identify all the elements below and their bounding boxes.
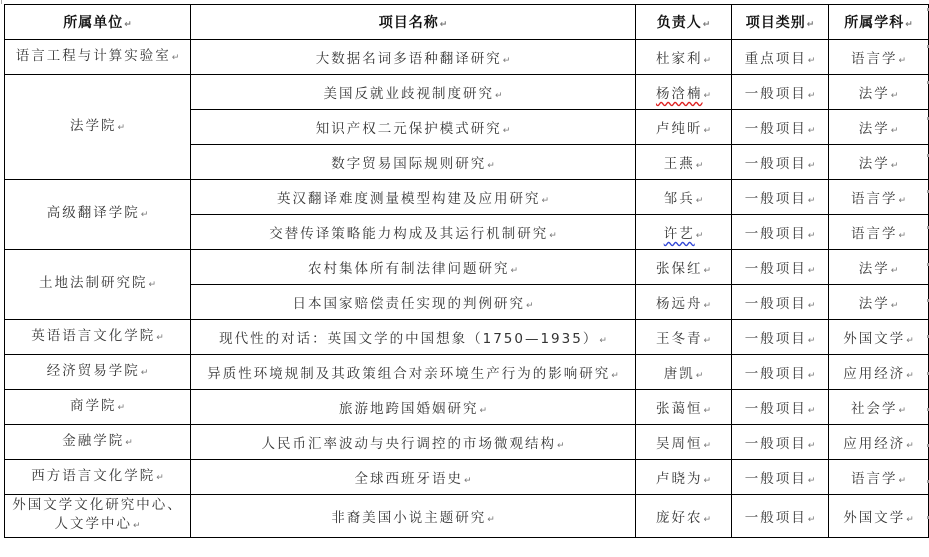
discipline-cell: 社会学↵: [829, 390, 929, 425]
discipline-cell: 语言学↵: [829, 180, 929, 215]
paragraph-mark-icon: ↵: [696, 231, 704, 241]
paragraph-mark-icon: ↵: [117, 403, 125, 413]
paragraph-mark-icon: ↵: [133, 521, 141, 531]
category-cell: 一般项目↵: [732, 215, 829, 250]
paragraph-mark-icon: ↵: [503, 126, 511, 136]
paragraph-mark-icon: ↵: [808, 56, 816, 66]
unit-cell: 英语语言文化学院↵: [5, 320, 191, 355]
unit-cell: 高级翻译学院↵: [5, 180, 191, 250]
table-row: 英语语言文化学院↵现代性的对话：英国文学的中国想象（1750—1935）↵王冬青…: [5, 320, 929, 355]
leader-cell: 卢纯昕↵: [636, 110, 732, 145]
paragraph-mark-icon: ↵: [898, 406, 906, 416]
paragraph-mark-icon: ↵: [808, 231, 816, 241]
paragraph-mark-icon: ↵: [808, 371, 816, 381]
paragraph-mark-icon: ↵: [891, 266, 899, 276]
leader-cell: 庞好农↵: [636, 495, 732, 538]
leader-cell: 邹兵↵: [636, 180, 732, 215]
table-body: 语言工程与计算实验室↵大数据名词多语种翻译研究↵杜家利↵重点项目↵语言学↵法学院…: [5, 40, 929, 538]
paragraph-mark-icon: ↵: [898, 56, 906, 66]
paragraph-mark-icon: ↵: [464, 476, 472, 486]
project-name-cell: 知识产权二元保护模式研究↵: [191, 110, 636, 145]
discipline-cell: 应用经济↵: [829, 425, 929, 460]
discipline-cell: 法学↵: [829, 145, 929, 180]
paragraph-mark-icon: ↵: [156, 473, 164, 483]
project-name-cell: 人民币汇率波动与央行调控的市场微观结构↵: [191, 425, 636, 460]
paragraph-mark-icon: ↵: [703, 56, 711, 66]
category-cell: 一般项目↵: [732, 110, 829, 145]
discipline-cell: 法学↵: [829, 285, 929, 320]
unit-cell: 西方语言文化学院↵: [5, 460, 191, 495]
category-cell: 一般项目↵: [732, 355, 829, 390]
paragraph-mark-icon: ↵: [808, 336, 816, 346]
leader-cell: 杨远舟↵: [636, 285, 732, 320]
discipline-cell: 法学↵: [829, 75, 929, 110]
leader-cell: 王冬青↵: [636, 320, 732, 355]
category-cell: 一般项目↵: [732, 180, 829, 215]
paragraph-mark-icon: ↵: [808, 476, 816, 486]
paragraph-mark-icon: ↵: [905, 20, 913, 30]
project-name-cell: 旅游地跨国婚姻研究↵: [191, 390, 636, 425]
header-leader: 负责人↵: [636, 5, 732, 40]
paragraph-mark-icon: ↵: [703, 406, 711, 416]
paragraph-mark-icon: ↵: [906, 441, 914, 451]
paragraph-mark-icon: ↵: [898, 196, 906, 206]
paragraph-mark-icon: ↵: [808, 161, 816, 171]
unit-cell: 经济贸易学院↵: [5, 355, 191, 390]
project-name-cell: 大数据名词多语种翻译研究↵: [191, 40, 636, 75]
unit-cell: 金融学院↵: [5, 425, 191, 460]
margin-mark: [1, 0, 2, 4]
category-cell: 一般项目↵: [732, 460, 829, 495]
paragraph-mark-icon: ↵: [117, 123, 125, 133]
discipline-cell: 法学↵: [829, 110, 929, 145]
paragraph-mark-icon: ↵: [487, 515, 495, 525]
leader-cell: 王燕↵: [636, 145, 732, 180]
paragraph-mark-icon: ↵: [703, 91, 711, 101]
paragraph-mark-icon: ↵: [807, 20, 815, 30]
header-row: 所属单位↵ 项目名称↵ 负责人↵ 项目类别↵ 所属学科↵: [5, 5, 929, 40]
unit-cell: 语言工程与计算实验室↵: [5, 40, 191, 75]
paragraph-mark-icon: ↵: [891, 126, 899, 136]
paragraph-mark-icon: ↵: [549, 231, 557, 241]
paragraph-mark-icon: ↵: [891, 301, 899, 311]
leader-cell: 吴周恒↵: [636, 425, 732, 460]
paragraph-mark-icon: ↵: [808, 301, 816, 311]
table-row: 外国文学文化研究中心、人文学中心↵非裔美国小说主题研究↵庞好农↵一般项目↵外国文…: [5, 495, 929, 538]
paragraph-mark-icon: ↵: [906, 515, 914, 525]
unit-cell: 商学院↵: [5, 390, 191, 425]
discipline-cell: 语言学↵: [829, 460, 929, 495]
paragraph-mark-icon: ↵: [808, 406, 816, 416]
project-name-cell: 非裔美国小说主题研究↵: [191, 495, 636, 538]
project-name-cell: 美国反就业歧视制度研究↵: [191, 75, 636, 110]
project-name-cell: 现代性的对话：英国文学的中国想象（1750—1935）↵: [191, 320, 636, 355]
paragraph-mark-icon: ↵: [703, 20, 711, 30]
paragraph-mark-icon: ↵: [808, 196, 816, 206]
paragraph-mark-icon: ↵: [703, 301, 711, 311]
paragraph-mark-icon: ↵: [172, 53, 180, 63]
paragraph-mark-icon: ↵: [479, 406, 487, 416]
category-cell: 一般项目↵: [732, 320, 829, 355]
paragraph-mark-icon: ↵: [808, 91, 816, 101]
table-row: 法学院↵美国反就业歧视制度研究↵杨浛楠↵一般项目↵法学↵: [5, 75, 929, 110]
project-name-cell: 交替传译策略能力构成及其运行机制研究↵: [191, 215, 636, 250]
paragraph-mark-icon: ↵: [808, 126, 816, 136]
category-cell: 一般项目↵: [732, 250, 829, 285]
leader-cell: 张蔼恒↵: [636, 390, 732, 425]
header-project: 项目名称↵: [191, 5, 636, 40]
header-unit: 所属单位↵: [5, 5, 191, 40]
leader-cell: 杨浛楠↵: [636, 75, 732, 110]
paragraph-mark-icon: ↵: [487, 161, 495, 171]
category-cell: 一般项目↵: [732, 75, 829, 110]
paragraph-mark-icon: ↵: [141, 368, 149, 378]
table-row: 西方语言文化学院↵全球西班牙语史↵卢晓为↵一般项目↵语言学↵: [5, 460, 929, 495]
discipline-cell: 语言学↵: [829, 215, 929, 250]
paragraph-mark-icon: ↵: [696, 196, 704, 206]
table-row: 语言工程与计算实验室↵大数据名词多语种翻译研究↵杜家利↵重点项目↵语言学↵: [5, 40, 929, 75]
paragraph-mark-icon: ↵: [557, 441, 565, 451]
paragraph-mark-icon: ↵: [125, 438, 133, 448]
paragraph-mark-icon: ↵: [611, 371, 619, 381]
table-row: 高级翻译学院↵英汉翻译难度测量模型构建及应用研究↵邹兵↵一般项目↵语言学↵: [5, 180, 929, 215]
paragraph-mark-icon: ↵: [510, 266, 518, 276]
leader-cell: 唐凯↵: [636, 355, 732, 390]
paragraph-mark-icon: ↵: [891, 161, 899, 171]
category-cell: 一般项目↵: [732, 425, 829, 460]
paragraph-mark-icon: ↵: [703, 126, 711, 136]
paragraph-mark-icon: ↵: [503, 56, 511, 66]
paragraph-mark-icon: ↵: [703, 515, 711, 525]
header-discipline: 所属学科↵: [829, 5, 929, 40]
discipline-cell: 外国文学↵: [829, 320, 929, 355]
paragraph-mark-icon: ↵: [898, 476, 906, 486]
paragraph-mark-icon: ↵: [541, 196, 549, 206]
paragraph-mark-icon: ↵: [526, 301, 534, 311]
paragraph-mark-icon: ↵: [124, 20, 132, 30]
category-cell: 一般项目↵: [732, 495, 829, 538]
paragraph-mark-icon: ↵: [696, 371, 704, 381]
paragraph-mark-icon: ↵: [148, 280, 156, 290]
project-name-cell: 英汉翻译难度测量模型构建及应用研究↵: [191, 180, 636, 215]
table-row: 土地法制研究院↵农村集体所有制法律问题研究↵张保红↵一般项目↵法学↵: [5, 250, 929, 285]
category-cell: 一般项目↵: [732, 390, 829, 425]
project-name-cell: 异质性环境规制及其政策组合对亲环境生产行为的影响研究↵: [191, 355, 636, 390]
project-name-cell: 农村集体所有制法律问题研究↵: [191, 250, 636, 285]
leader-cell: 许艺↵: [636, 215, 732, 250]
discipline-cell: 法学↵: [829, 250, 929, 285]
projects-table: 所属单位↵ 项目名称↵ 负责人↵ 项目类别↵ 所属学科↵ 语言工程与计算实验室↵…: [4, 4, 929, 538]
unit-cell: 法学院↵: [5, 75, 191, 180]
paragraph-mark-icon: ↵: [808, 266, 816, 276]
paragraph-mark-icon: ↵: [440, 20, 448, 30]
leader-cell: 杜家利↵: [636, 40, 732, 75]
paragraph-mark-icon: ↵: [141, 210, 149, 220]
table-row: 经济贸易学院↵异质性环境规制及其政策组合对亲环境生产行为的影响研究↵唐凯↵一般项…: [5, 355, 929, 390]
paragraph-mark-icon: ↵: [599, 336, 607, 346]
unit-cell: 外国文学文化研究中心、人文学中心↵: [5, 495, 191, 538]
discipline-cell: 应用经济↵: [829, 355, 929, 390]
paragraph-mark-icon: ↵: [808, 515, 816, 525]
discipline-cell: 语言学↵: [829, 40, 929, 75]
paragraph-mark-icon: ↵: [703, 336, 711, 346]
category-cell: 一般项目↵: [732, 145, 829, 180]
project-name-cell: 日本国家赔偿责任实现的判例研究↵: [191, 285, 636, 320]
category-cell: 一般项目↵: [732, 285, 829, 320]
paragraph-mark-icon: ↵: [703, 441, 711, 451]
paragraph-mark-icon: ↵: [156, 333, 164, 343]
paragraph-mark-icon: ↵: [906, 336, 914, 346]
paragraph-mark-icon: ↵: [703, 266, 711, 276]
paragraph-mark-icon: ↵: [696, 161, 704, 171]
leader-cell: 张保红↵: [636, 250, 732, 285]
paragraph-mark-icon: ↵: [898, 231, 906, 241]
unit-cell: 土地法制研究院↵: [5, 250, 191, 320]
discipline-cell: 外国文学↵: [829, 495, 929, 538]
project-name-cell: 全球西班牙语史↵: [191, 460, 636, 495]
header-category: 项目类别↵: [732, 5, 829, 40]
paragraph-mark-icon: ↵: [906, 371, 914, 381]
leader-cell: 卢晓为↵: [636, 460, 732, 495]
table-row: 金融学院↵人民币汇率波动与央行调控的市场微观结构↵吴周恒↵一般项目↵应用经济↵: [5, 425, 929, 460]
table-row: 商学院↵旅游地跨国婚姻研究↵张蔼恒↵一般项目↵社会学↵: [5, 390, 929, 425]
paragraph-mark-icon: ↵: [891, 91, 899, 101]
paragraph-mark-icon: ↵: [703, 476, 711, 486]
paragraph-mark-icon: ↵: [808, 441, 816, 451]
paragraph-mark-icon: ↵: [495, 91, 503, 101]
project-name-cell: 数字贸易国际规则研究↵: [191, 145, 636, 180]
category-cell: 重点项目↵: [732, 40, 829, 75]
